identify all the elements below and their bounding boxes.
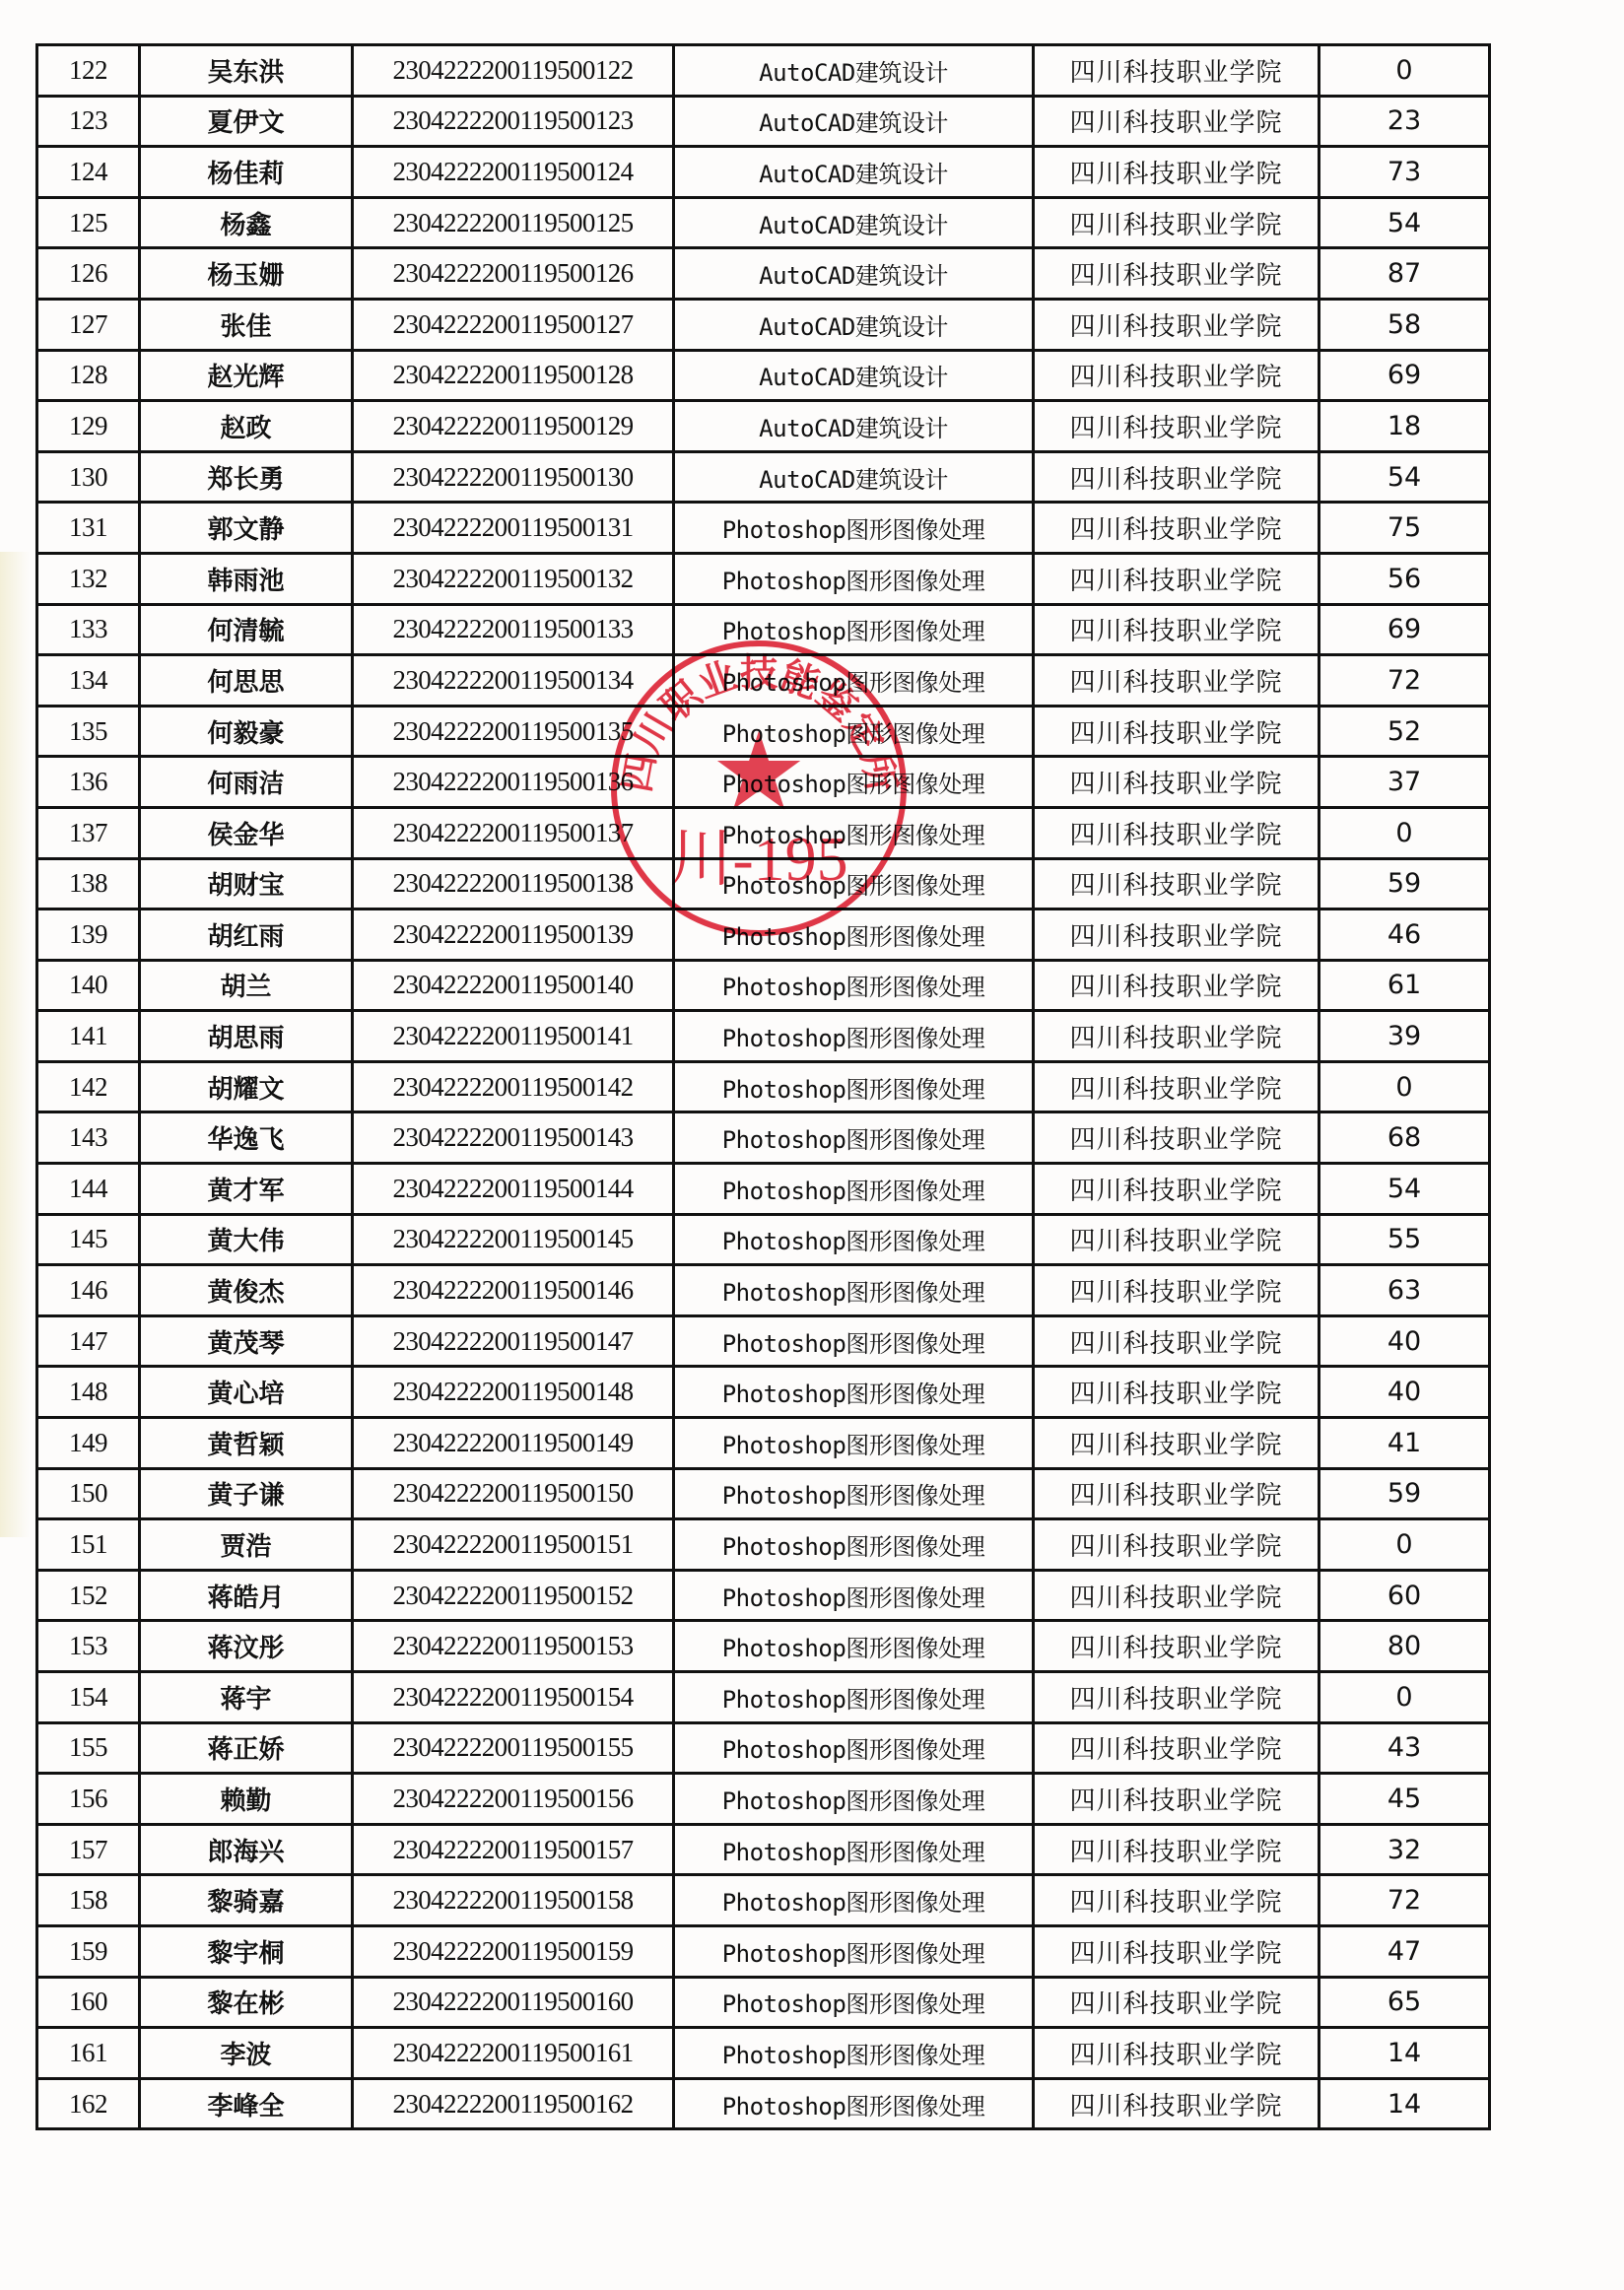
course-name: Photoshop图形图像处理 xyxy=(674,1061,1034,1112)
exam-id: 2304222200119500156 xyxy=(353,1774,674,1825)
exam-id: 2304222200119500141 xyxy=(353,1011,674,1062)
table-row: 132 韩雨池 2304222200119500132 Photoshop图形图… xyxy=(37,553,1490,604)
score: 59 xyxy=(1319,858,1490,909)
student-name: 黎宇桐 xyxy=(140,1925,353,1977)
student-name: 黄心培 xyxy=(140,1367,353,1418)
school-name: 四川科技职业学院 xyxy=(1034,1570,1319,1621)
row-number: 160 xyxy=(37,1977,140,2028)
score: 54 xyxy=(1319,197,1490,248)
exam-id: 2304222200119500132 xyxy=(353,553,674,604)
course-name: Photoshop图形图像处理 xyxy=(674,655,1034,707)
school-name: 四川科技职业学院 xyxy=(1034,1164,1319,1215)
table-row: 149 黄哲颖 2304222200119500149 Photoshop图形图… xyxy=(37,1418,1490,1469)
table-row: 145 黄大伟 2304222200119500145 Photoshop图形图… xyxy=(37,1214,1490,1265)
school-name: 四川科技职业学院 xyxy=(1034,248,1319,300)
student-name: 张佳 xyxy=(140,299,353,350)
exam-id: 2304222200119500160 xyxy=(353,1977,674,2028)
score: 0 xyxy=(1319,807,1490,858)
student-name: 郎海兴 xyxy=(140,1824,353,1875)
table-row: 142 胡耀文 2304222200119500142 Photoshop图形图… xyxy=(37,1061,1490,1112)
course-name: Photoshop图形图像处理 xyxy=(674,1164,1034,1215)
exam-id: 2304222200119500145 xyxy=(353,1214,674,1265)
course-name: Photoshop图形图像处理 xyxy=(674,1265,1034,1316)
school-name: 四川科技职业学院 xyxy=(1034,451,1319,503)
student-name: 何思思 xyxy=(140,655,353,707)
exam-id: 2304222200119500133 xyxy=(353,604,674,655)
course-name: Photoshop图形图像处理 xyxy=(674,1468,1034,1519)
school-name: 四川科技职业学院 xyxy=(1034,350,1319,401)
course-name: Photoshop图形图像处理 xyxy=(674,1418,1034,1469)
school-name: 四川科技职业学院 xyxy=(1034,1774,1319,1825)
exam-id: 2304222200119500122 xyxy=(353,45,674,97)
school-name: 四川科技职业学院 xyxy=(1034,655,1319,707)
student-name: 吴东洪 xyxy=(140,45,353,97)
school-name: 四川科技职业学院 xyxy=(1034,1214,1319,1265)
school-name: 四川科技职业学院 xyxy=(1034,960,1319,1011)
course-name: Photoshop图形图像处理 xyxy=(674,960,1034,1011)
row-number: 136 xyxy=(37,757,140,808)
course-name: AutoCAD建筑设计 xyxy=(674,147,1034,198)
school-name: 四川科技职业学院 xyxy=(1034,1011,1319,1062)
school-name: 四川科技职业学院 xyxy=(1034,96,1319,147)
row-number: 145 xyxy=(37,1214,140,1265)
school-name: 四川科技职业学院 xyxy=(1034,1112,1319,1164)
table-row: 147 黄茂琴 2304222200119500147 Photoshop图形图… xyxy=(37,1315,1490,1367)
student-name: 胡兰 xyxy=(140,960,353,1011)
school-name: 四川科技职业学院 xyxy=(1034,604,1319,655)
exam-id: 2304222200119500124 xyxy=(353,147,674,198)
student-name: 蒋皓月 xyxy=(140,1570,353,1621)
course-name: AutoCAD建筑设计 xyxy=(674,401,1034,452)
school-name: 四川科技职业学院 xyxy=(1034,1265,1319,1316)
row-number: 125 xyxy=(37,197,140,248)
table-row: 130 郑长勇 2304222200119500130 AutoCAD建筑设计 … xyxy=(37,451,1490,503)
course-name: Photoshop图形图像处理 xyxy=(674,1214,1034,1265)
exam-id: 2304222200119500147 xyxy=(353,1315,674,1367)
course-name: Photoshop图形图像处理 xyxy=(674,1570,1034,1621)
school-name: 四川科技职业学院 xyxy=(1034,1061,1319,1112)
student-name: 夏伊文 xyxy=(140,96,353,147)
exam-id: 2304222200119500139 xyxy=(353,909,674,961)
score: 54 xyxy=(1319,1164,1490,1215)
score: 69 xyxy=(1319,350,1490,401)
exam-id: 2304222200119500152 xyxy=(353,1570,674,1621)
table-row: 151 贾浩 2304222200119500151 Photoshop图形图像… xyxy=(37,1519,1490,1571)
school-name: 四川科技职业学院 xyxy=(1034,553,1319,604)
row-number: 152 xyxy=(37,1570,140,1621)
score: 87 xyxy=(1319,248,1490,300)
student-name: 胡耀文 xyxy=(140,1061,353,1112)
row-number: 133 xyxy=(37,604,140,655)
student-name: 郭文静 xyxy=(140,503,353,554)
exam-id: 2304222200119500161 xyxy=(353,2028,674,2079)
student-name: 黄茂琴 xyxy=(140,1315,353,1367)
course-name: Photoshop图形图像处理 xyxy=(674,757,1034,808)
exam-id: 2304222200119500131 xyxy=(353,503,674,554)
row-number: 134 xyxy=(37,655,140,707)
table-row: 122 吴东洪 2304222200119500122 AutoCAD建筑设计 … xyxy=(37,45,1490,97)
student-name: 李峰全 xyxy=(140,2078,353,2129)
table-row: 161 李波 2304222200119500161 Photoshop图形图像… xyxy=(37,2028,1490,2079)
table-row: 125 杨鑫 2304222200119500125 AutoCAD建筑设计 四… xyxy=(37,197,1490,248)
school-name: 四川科技职业学院 xyxy=(1034,1824,1319,1875)
score: 37 xyxy=(1319,757,1490,808)
row-number: 131 xyxy=(37,503,140,554)
score: 63 xyxy=(1319,1265,1490,1316)
student-name: 蒋正娇 xyxy=(140,1722,353,1774)
score: 59 xyxy=(1319,1468,1490,1519)
row-number: 130 xyxy=(37,451,140,503)
score: 41 xyxy=(1319,1418,1490,1469)
school-name: 四川科技职业学院 xyxy=(1034,2078,1319,2129)
course-name: Photoshop图形图像处理 xyxy=(674,1315,1034,1367)
exam-id: 2304222200119500162 xyxy=(353,2078,674,2129)
school-name: 四川科技职业学院 xyxy=(1034,1722,1319,1774)
school-name: 四川科技职业学院 xyxy=(1034,401,1319,452)
school-name: 四川科技职业学院 xyxy=(1034,299,1319,350)
student-name: 赵光辉 xyxy=(140,350,353,401)
row-number: 159 xyxy=(37,1925,140,1977)
row-number: 141 xyxy=(37,1011,140,1062)
course-name: Photoshop图形图像处理 xyxy=(674,1672,1034,1723)
score: 23 xyxy=(1319,96,1490,147)
course-name: Photoshop图形图像处理 xyxy=(674,706,1034,757)
score: 43 xyxy=(1319,1722,1490,1774)
table-row: 148 黄心培 2304222200119500148 Photoshop图形图… xyxy=(37,1367,1490,1418)
score: 56 xyxy=(1319,553,1490,604)
exam-id: 2304222200119500159 xyxy=(353,1925,674,1977)
score: 47 xyxy=(1319,1925,1490,1977)
course-name: AutoCAD建筑设计 xyxy=(674,197,1034,248)
student-name: 黄大伟 xyxy=(140,1214,353,1265)
score-table: 122 吴东洪 2304222200119500122 AutoCAD建筑设计 … xyxy=(35,43,1491,2130)
score: 75 xyxy=(1319,503,1490,554)
exam-id: 2304222200119500126 xyxy=(353,248,674,300)
school-name: 四川科技职业学院 xyxy=(1034,45,1319,97)
course-name: AutoCAD建筑设计 xyxy=(674,350,1034,401)
student-name: 胡财宝 xyxy=(140,858,353,909)
school-name: 四川科技职业学院 xyxy=(1034,1672,1319,1723)
course-name: Photoshop图形图像处理 xyxy=(674,2028,1034,2079)
table-row: 131 郭文静 2304222200119500131 Photoshop图形图… xyxy=(37,503,1490,554)
table-row: 134 何思思 2304222200119500134 Photoshop图形图… xyxy=(37,655,1490,707)
exam-id: 2304222200119500134 xyxy=(353,655,674,707)
score: 40 xyxy=(1319,1367,1490,1418)
table-row: 157 郎海兴 2304222200119500157 Photoshop图形图… xyxy=(37,1824,1490,1875)
score: 0 xyxy=(1319,1061,1490,1112)
table-row: 126 杨玉姗 2304222200119500126 AutoCAD建筑设计 … xyxy=(37,248,1490,300)
score: 72 xyxy=(1319,1875,1490,1926)
student-name: 郑长勇 xyxy=(140,451,353,503)
school-name: 四川科技职业学院 xyxy=(1034,197,1319,248)
row-number: 143 xyxy=(37,1112,140,1164)
row-number: 153 xyxy=(37,1621,140,1672)
score: 0 xyxy=(1319,1672,1490,1723)
course-name: AutoCAD建筑设计 xyxy=(674,45,1034,97)
row-number: 150 xyxy=(37,1468,140,1519)
row-number: 126 xyxy=(37,248,140,300)
score: 69 xyxy=(1319,604,1490,655)
student-name: 黎在彬 xyxy=(140,1977,353,2028)
score: 60 xyxy=(1319,1570,1490,1621)
school-name: 四川科技职业学院 xyxy=(1034,1367,1319,1418)
row-number: 148 xyxy=(37,1367,140,1418)
school-name: 四川科技职业学院 xyxy=(1034,2028,1319,2079)
table-row: 128 赵光辉 2304222200119500128 AutoCAD建筑设计 … xyxy=(37,350,1490,401)
row-number: 147 xyxy=(37,1315,140,1367)
course-name: Photoshop图形图像处理 xyxy=(674,909,1034,961)
exam-id: 2304222200119500142 xyxy=(353,1061,674,1112)
school-name: 四川科技职业学院 xyxy=(1034,1418,1319,1469)
row-number: 155 xyxy=(37,1722,140,1774)
row-number: 123 xyxy=(37,96,140,147)
table-row: 154 蒋宇 2304222200119500154 Photoshop图形图像… xyxy=(37,1672,1490,1723)
school-name: 四川科技职业学院 xyxy=(1034,909,1319,961)
exam-id: 2304222200119500137 xyxy=(353,807,674,858)
course-name: Photoshop图形图像处理 xyxy=(674,1011,1034,1062)
row-number: 122 xyxy=(37,45,140,97)
course-name: Photoshop图形图像处理 xyxy=(674,2078,1034,2129)
exam-id: 2304222200119500148 xyxy=(353,1367,674,1418)
school-name: 四川科技职业学院 xyxy=(1034,1925,1319,1977)
table-row: 152 蒋皓月 2304222200119500152 Photoshop图形图… xyxy=(37,1570,1490,1621)
exam-id: 2304222200119500158 xyxy=(353,1875,674,1926)
course-name: Photoshop图形图像处理 xyxy=(674,1774,1034,1825)
student-name: 黄俊杰 xyxy=(140,1265,353,1316)
exam-id: 2304222200119500129 xyxy=(353,401,674,452)
exam-id: 2304222200119500130 xyxy=(353,451,674,503)
row-number: 144 xyxy=(37,1164,140,1215)
student-name: 黄子谦 xyxy=(140,1468,353,1519)
table-row: 162 李峰全 2304222200119500162 Photoshop图形图… xyxy=(37,2078,1490,2129)
table-row: 146 黄俊杰 2304222200119500146 Photoshop图形图… xyxy=(37,1265,1490,1316)
course-name: Photoshop图形图像处理 xyxy=(674,553,1034,604)
score: 45 xyxy=(1319,1774,1490,1825)
school-name: 四川科技职业学院 xyxy=(1034,503,1319,554)
exam-id: 2304222200119500155 xyxy=(353,1722,674,1774)
exam-id: 2304222200119500135 xyxy=(353,706,674,757)
exam-id: 2304222200119500154 xyxy=(353,1672,674,1723)
score: 80 xyxy=(1319,1621,1490,1672)
row-number: 161 xyxy=(37,2028,140,2079)
row-number: 146 xyxy=(37,1265,140,1316)
score: 14 xyxy=(1319,2028,1490,2079)
score: 0 xyxy=(1319,1519,1490,1571)
score: 52 xyxy=(1319,706,1490,757)
score: 61 xyxy=(1319,960,1490,1011)
student-name: 李波 xyxy=(140,2028,353,2079)
table-row: 124 杨佳莉 2304222200119500124 AutoCAD建筑设计 … xyxy=(37,147,1490,198)
score: 18 xyxy=(1319,401,1490,452)
course-name: Photoshop图形图像处理 xyxy=(674,1925,1034,1977)
student-name: 杨鑫 xyxy=(140,197,353,248)
student-name: 杨佳莉 xyxy=(140,147,353,198)
score: 54 xyxy=(1319,451,1490,503)
course-name: Photoshop图形图像处理 xyxy=(674,503,1034,554)
table-row: 141 胡思雨 2304222200119500141 Photoshop图形图… xyxy=(37,1011,1490,1062)
score: 39 xyxy=(1319,1011,1490,1062)
row-number: 157 xyxy=(37,1824,140,1875)
student-name: 杨玉姗 xyxy=(140,248,353,300)
exam-id: 2304222200119500151 xyxy=(353,1519,674,1571)
exam-id: 2304222200119500146 xyxy=(353,1265,674,1316)
course-name: AutoCAD建筑设计 xyxy=(674,299,1034,350)
student-name: 何清毓 xyxy=(140,604,353,655)
table-row: 138 胡财宝 2304222200119500138 Photoshop图形图… xyxy=(37,858,1490,909)
row-number: 156 xyxy=(37,1774,140,1825)
table-row: 136 何雨洁 2304222200119500136 Photoshop图形图… xyxy=(37,757,1490,808)
school-name: 四川科技职业学院 xyxy=(1034,1468,1319,1519)
score: 55 xyxy=(1319,1214,1490,1265)
table-row: 139 胡红雨 2304222200119500139 Photoshop图形图… xyxy=(37,909,1490,961)
table-row: 127 张佳 2304222200119500127 AutoCAD建筑设计 四… xyxy=(37,299,1490,350)
course-name: Photoshop图形图像处理 xyxy=(674,1519,1034,1571)
student-name: 黄才军 xyxy=(140,1164,353,1215)
school-name: 四川科技职业学院 xyxy=(1034,757,1319,808)
course-name: AutoCAD建筑设计 xyxy=(674,96,1034,147)
course-name: AutoCAD建筑设计 xyxy=(674,248,1034,300)
table-body: 122 吴东洪 2304222200119500122 AutoCAD建筑设计 … xyxy=(37,45,1490,2129)
row-number: 132 xyxy=(37,553,140,604)
row-number: 158 xyxy=(37,1875,140,1926)
exam-id: 2304222200119500125 xyxy=(353,197,674,248)
score: 73 xyxy=(1319,147,1490,198)
row-number: 127 xyxy=(37,299,140,350)
row-number: 129 xyxy=(37,401,140,452)
course-name: Photoshop图形图像处理 xyxy=(674,1977,1034,2028)
score: 46 xyxy=(1319,909,1490,961)
course-name: Photoshop图形图像处理 xyxy=(674,1722,1034,1774)
table-row: 160 黎在彬 2304222200119500160 Photoshop图形图… xyxy=(37,1977,1490,2028)
table-row: 143 华逸飞 2304222200119500143 Photoshop图形图… xyxy=(37,1112,1490,1164)
row-number: 128 xyxy=(37,350,140,401)
student-name: 胡红雨 xyxy=(140,909,353,961)
student-name: 赵政 xyxy=(140,401,353,452)
exam-id: 2304222200119500157 xyxy=(353,1824,674,1875)
table-row: 144 黄才军 2304222200119500144 Photoshop图形图… xyxy=(37,1164,1490,1215)
student-name: 何雨洁 xyxy=(140,757,353,808)
exam-id: 2304222200119500150 xyxy=(353,1468,674,1519)
table-row: 150 黄子谦 2304222200119500150 Photoshop图形图… xyxy=(37,1468,1490,1519)
table-row: 159 黎宇桐 2304222200119500159 Photoshop图形图… xyxy=(37,1925,1490,1977)
row-number: 154 xyxy=(37,1672,140,1723)
exam-id: 2304222200119500144 xyxy=(353,1164,674,1215)
row-number: 138 xyxy=(37,858,140,909)
student-name: 侯金华 xyxy=(140,807,353,858)
table-row: 135 何毅豪 2304222200119500135 Photoshop图形图… xyxy=(37,706,1490,757)
row-number: 142 xyxy=(37,1061,140,1112)
table-row: 156 赖勤 2304222200119500156 Photoshop图形图像… xyxy=(37,1774,1490,1825)
student-name: 何毅豪 xyxy=(140,706,353,757)
table-row: 158 黎骑嘉 2304222200119500158 Photoshop图形图… xyxy=(37,1875,1490,1926)
table-row: 133 何清毓 2304222200119500133 Photoshop图形图… xyxy=(37,604,1490,655)
score: 58 xyxy=(1319,299,1490,350)
row-number: 162 xyxy=(37,2078,140,2129)
course-name: Photoshop图形图像处理 xyxy=(674,1112,1034,1164)
student-name: 韩雨池 xyxy=(140,553,353,604)
school-name: 四川科技职业学院 xyxy=(1034,1875,1319,1926)
score: 40 xyxy=(1319,1315,1490,1367)
table-row: 129 赵政 2304222200119500129 AutoCAD建筑设计 四… xyxy=(37,401,1490,452)
course-name: AutoCAD建筑设计 xyxy=(674,451,1034,503)
row-number: 135 xyxy=(37,706,140,757)
exam-id: 2304222200119500128 xyxy=(353,350,674,401)
course-name: Photoshop图形图像处理 xyxy=(674,1824,1034,1875)
row-number: 140 xyxy=(37,960,140,1011)
course-name: Photoshop图形图像处理 xyxy=(674,1367,1034,1418)
table-row: 140 胡兰 2304222200119500140 Photoshop图形图像… xyxy=(37,960,1490,1011)
student-name: 蒋宇 xyxy=(140,1672,353,1723)
exam-id: 2304222200119500123 xyxy=(353,96,674,147)
table-row: 137 侯金华 2304222200119500137 Photoshop图形图… xyxy=(37,807,1490,858)
row-number: 149 xyxy=(37,1418,140,1469)
exam-id: 2304222200119500140 xyxy=(353,960,674,1011)
score: 72 xyxy=(1319,655,1490,707)
student-name: 胡思雨 xyxy=(140,1011,353,1062)
student-name: 黎骑嘉 xyxy=(140,1875,353,1926)
table-row: 123 夏伊文 2304222200119500123 AutoCAD建筑设计 … xyxy=(37,96,1490,147)
school-name: 四川科技职业学院 xyxy=(1034,1977,1319,2028)
school-name: 四川科技职业学院 xyxy=(1034,807,1319,858)
school-name: 四川科技职业学院 xyxy=(1034,147,1319,198)
course-name: Photoshop图形图像处理 xyxy=(674,1621,1034,1672)
school-name: 四川科技职业学院 xyxy=(1034,1519,1319,1571)
exam-id: 2304222200119500138 xyxy=(353,858,674,909)
student-name: 贾浩 xyxy=(140,1519,353,1571)
row-number: 137 xyxy=(37,807,140,858)
student-name: 蒋汶彤 xyxy=(140,1621,353,1672)
course-name: Photoshop图形图像处理 xyxy=(674,604,1034,655)
table-row: 153 蒋汶彤 2304222200119500153 Photoshop图形图… xyxy=(37,1621,1490,1672)
course-name: Photoshop图形图像处理 xyxy=(674,858,1034,909)
school-name: 四川科技职业学院 xyxy=(1034,858,1319,909)
score: 0 xyxy=(1319,45,1490,97)
exam-id: 2304222200119500149 xyxy=(353,1418,674,1469)
score: 32 xyxy=(1319,1824,1490,1875)
score: 68 xyxy=(1319,1112,1490,1164)
school-name: 四川科技职业学院 xyxy=(1034,1315,1319,1367)
exam-id: 2304222200119500143 xyxy=(353,1112,674,1164)
course-name: Photoshop图形图像处理 xyxy=(674,807,1034,858)
exam-id: 2304222200119500153 xyxy=(353,1621,674,1672)
exam-id: 2304222200119500127 xyxy=(353,299,674,350)
score: 14 xyxy=(1319,2078,1490,2129)
row-number: 139 xyxy=(37,909,140,961)
school-name: 四川科技职业学院 xyxy=(1034,706,1319,757)
table-row: 155 蒋正娇 2304222200119500155 Photoshop图形图… xyxy=(37,1722,1490,1774)
page-shadow xyxy=(0,552,30,1537)
student-name: 黄哲颖 xyxy=(140,1418,353,1469)
exam-id: 2304222200119500136 xyxy=(353,757,674,808)
school-name: 四川科技职业学院 xyxy=(1034,1621,1319,1672)
row-number: 124 xyxy=(37,147,140,198)
student-name: 赖勤 xyxy=(140,1774,353,1825)
course-name: Photoshop图形图像处理 xyxy=(674,1875,1034,1926)
row-number: 151 xyxy=(37,1519,140,1571)
score: 65 xyxy=(1319,1977,1490,2028)
student-name: 华逸飞 xyxy=(140,1112,353,1164)
